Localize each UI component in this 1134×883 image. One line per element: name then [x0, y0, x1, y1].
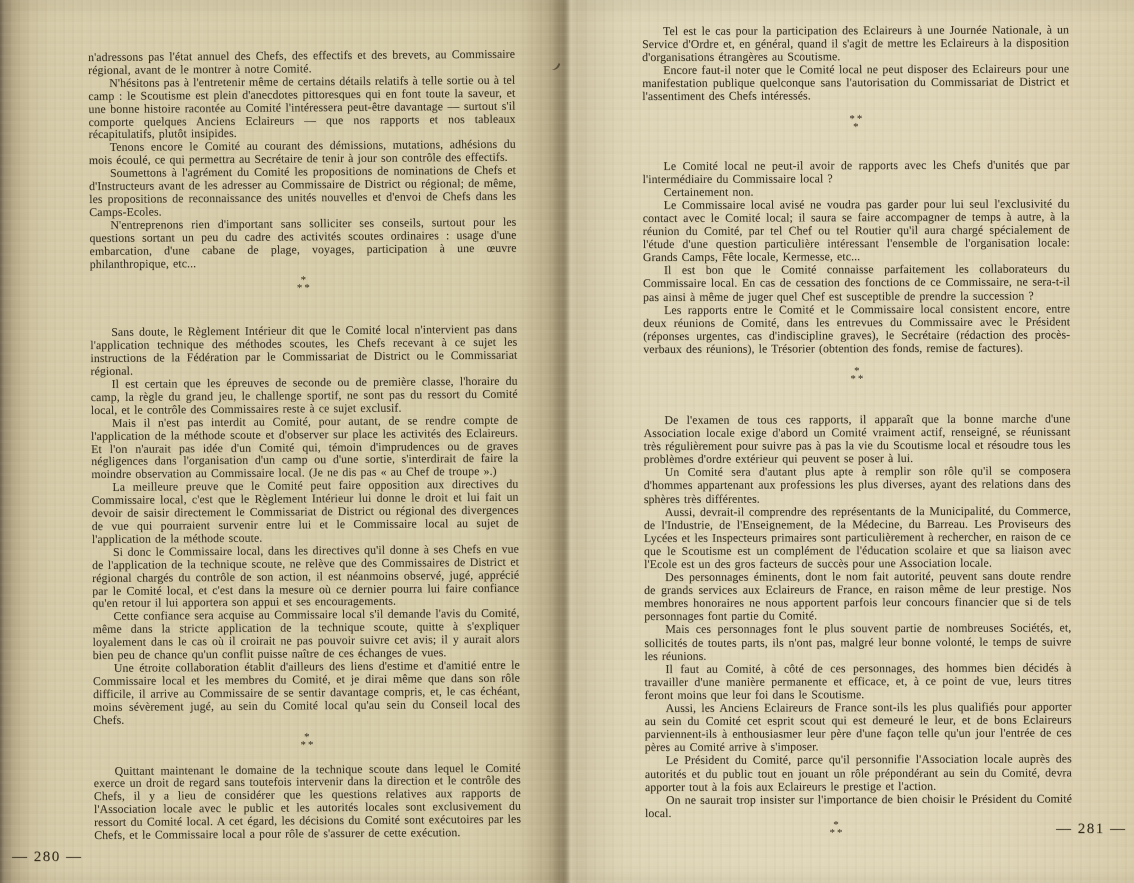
paragraph: Le Commissaire local avisé ne voudra pas… — [643, 197, 1070, 264]
book-spread-scan: n'adressons pas l'état annuel des Chefs,… — [0, 0, 1134, 883]
paragraph: Aussi, devrait-il comprendre des représe… — [644, 504, 1071, 571]
asterism-bottom-row: * — [642, 122, 1069, 132]
paragraph: Une étroite collaboration établit d'aill… — [93, 659, 520, 727]
asterism-divider: ** * — [642, 114, 1069, 132]
paragraph: On ne saurait trop insister sur l'import… — [645, 792, 1072, 820]
page-left-text-column: n'adressons pas l'état annuel des Chefs,… — [88, 48, 521, 842]
asterism-bottom-row: ** — [806, 829, 866, 837]
paragraph: Il est certain que les épreuves de secon… — [91, 375, 518, 417]
paragraph: Quittant maintenant le domaine de la tec… — [94, 761, 522, 842]
paragraph: Un Comité sera d'autant plus apte à remp… — [644, 465, 1071, 506]
asterism-divider: * ** — [93, 731, 520, 750]
scan-speck-mark — [550, 61, 560, 72]
paragraph: Les rapports entre le Comité et le Commi… — [643, 302, 1070, 356]
asterism-bottom-row: ** — [643, 374, 1070, 384]
asterism-divider: * ** — [643, 366, 1070, 384]
paragraph: Sans doute, le Règlement Intérieur dit q… — [90, 323, 517, 378]
page-number-left: — 280 — — [12, 849, 83, 866]
asterism-divider: * ** — [806, 821, 866, 837]
paragraph: Aussi, les Anciens Eclaireurs de France … — [645, 700, 1072, 754]
paragraph: Le Président du Comité, parce qu'il pers… — [645, 753, 1072, 794]
paragraph: Encore faut-il noter que le Comité local… — [642, 63, 1069, 104]
book-gutter-shadow — [520, 0, 620, 883]
page-right-text-column: Tel est le cas pour la participation des… — [642, 23, 1072, 820]
paragraph: Il faut au Comité, à côté de ces personn… — [644, 661, 1071, 702]
paragraph: De l'examen de tous ces rapports, il app… — [643, 412, 1070, 466]
paragraph: N'entreprenons rien d'important sans sol… — [89, 215, 516, 270]
paragraph: Mais ces personnages font le plus souven… — [644, 622, 1071, 663]
paragraph: Tel est le cas pour la participation des… — [642, 23, 1069, 64]
paragraph: Le Comité local ne peut-il avoir de rapp… — [643, 158, 1070, 186]
paragraph: N'hésitons pas à l'entretenir même de ce… — [88, 73, 515, 141]
paragraph: Si donc le Commissaire local, dans les d… — [92, 542, 519, 610]
paragraph: Soumettons à l'agrément du Comité les pr… — [89, 164, 516, 219]
paragraph: Cette confiance sera acquise au Commissa… — [92, 607, 519, 662]
paragraph: Des personnages éminents, dont le nom fa… — [644, 569, 1071, 623]
page-number-right: — 281 — — [1056, 821, 1127, 838]
paragraph: La meilleure preuve que le Comité peut f… — [91, 478, 518, 546]
paragraph: Il est bon que le Comité connaisse parfa… — [643, 263, 1070, 304]
asterism-divider: * ** — [90, 275, 517, 294]
paragraph: Mais il n'est pas interdit au Comité, po… — [91, 413, 518, 481]
